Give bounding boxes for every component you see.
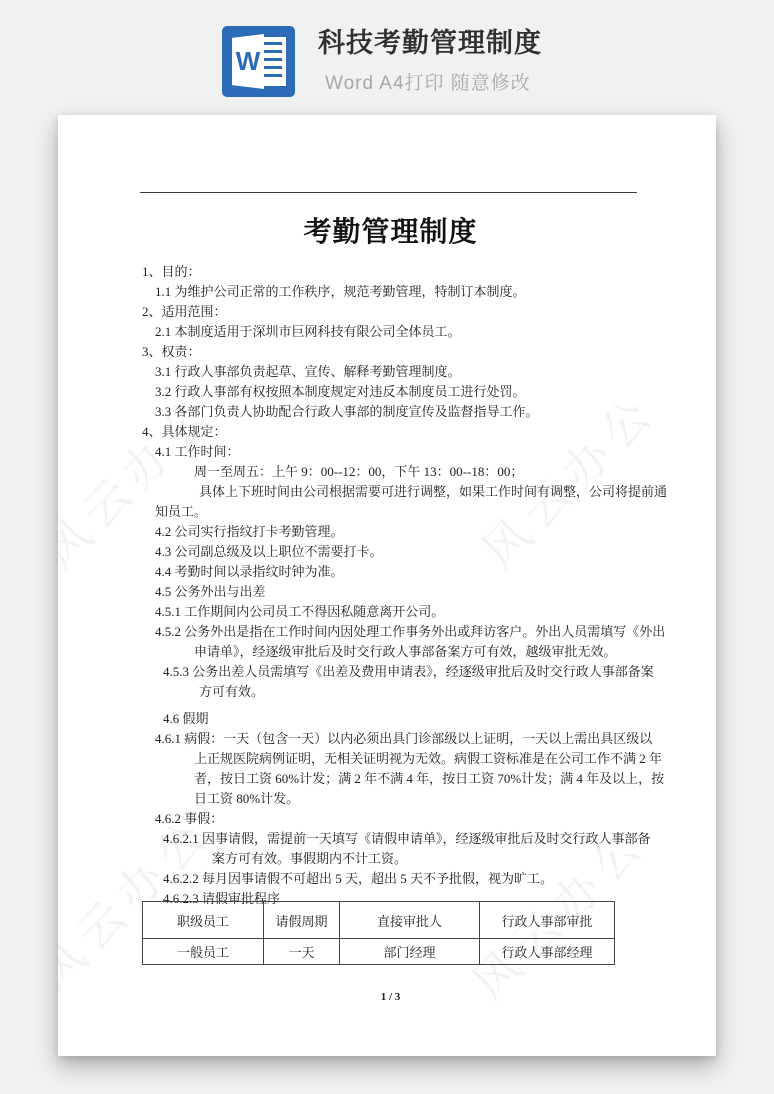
doc-line: 4.6.1 病假：一天（包含一天）以内必须出具门诊部级以上证明，一天以上需出具区… — [142, 729, 639, 749]
document-page: 风云办公 风云办公 风云办公 风云办公 考勤管理制度 1、目的：1.1 为维护公… — [58, 115, 716, 1056]
doc-body: 1、目的：1.1 为维护公司正常的工作秩序，规范考勤管理，特制订本制度。2、适用… — [142, 262, 639, 909]
doc-line: 3.3 各部门负责人协助配合行政人事部的制度宣传及监督指导工作。 — [142, 402, 639, 422]
doc-line: 4.6.2.1 因事请假，需提前一天填写《请假申请单》，经逐级审批后及时交行政人… — [142, 829, 639, 849]
header-subtitle: Word A4打印 随意修改 — [318, 68, 542, 95]
doc-line: 4.1 工作时间： — [142, 442, 639, 462]
table-header-cell: 请假周期 — [264, 902, 340, 939]
table-header-cell: 职级员工 — [143, 902, 264, 939]
table-header-cell: 行政人事部审批 — [480, 902, 615, 939]
doc-line: 者，按日工资 60%计发；满 2 年不满 4 年，按日工资 70%计发；满 4 … — [142, 769, 639, 789]
doc-line: 案方可有效。事假期内不计工资。 — [142, 849, 639, 869]
table-cell: 部门经理 — [340, 939, 480, 965]
approval-table: 职级员工 请假周期 直接审批人 行政人事部审批 一般员工 一天 部门经理 行政人… — [142, 901, 615, 965]
word-icon: W — [222, 26, 295, 97]
table-cell: 一般员工 — [143, 939, 264, 965]
doc-line: 4.3 公司副总级及以上职位不需要打卡。 — [142, 542, 639, 562]
doc-line: 申请单》，经逐级审批后及时交行政人事部备案方可有效，越级审批无效。 — [142, 642, 639, 662]
doc-line: 4、具体规定： — [142, 422, 639, 442]
doc-line: 1、目的： — [142, 262, 639, 282]
doc-line: 4.6.2.2 每月因事请假不可超出 5 天，超出 5 天不予批假，视为旷工。 — [142, 869, 639, 889]
doc-line: 4.5.1 工作期间内公司员工不得因私随意离开公司。 — [142, 602, 639, 622]
header-brand: W 科技考勤管理制度 Word A4打印 随意修改 — [222, 26, 542, 97]
header-title: 科技考勤管理制度 — [318, 28, 542, 58]
page-canvas: W 科技考勤管理制度 Word A4打印 随意修改 风云办公 风云办公 风云办公… — [0, 0, 774, 1094]
doc-title: 考勤管理制度 — [142, 210, 639, 250]
doc-line: 4.5 公务外出与出差 — [142, 582, 639, 602]
doc-line: 3.1 行政人事部负责起草、宣传、解释考勤管理制度。 — [142, 362, 639, 382]
doc-line: 4.5.3 公务出差人员需填写《出差及费用申请表》，经逐级审批后及时交行政人事部… — [142, 662, 639, 682]
site-header: W 科技考勤管理制度 Word A4打印 随意修改 — [0, 0, 774, 115]
doc-line: 日工资 80%计发。 — [142, 789, 639, 809]
table-header-cell: 直接审批人 — [340, 902, 480, 939]
doc-line: 具体上下班时间由公司根据需要可进行调整，如果工作时间有调整，公司将提前通 — [142, 482, 639, 502]
table-cell: 一天 — [264, 939, 340, 965]
doc-line: 4.6 假期 — [142, 709, 639, 729]
doc-line: 上正规医院病例证明，无相关证明视为无效。病假工资标准是在公司工作不满 2 年 — [142, 749, 639, 769]
doc-line: 3、权责： — [142, 342, 639, 362]
word-icon-sheet-lines — [264, 42, 282, 81]
doc-line: 2.1 本制度适用于深圳市巨网科技有限公司全体员工。 — [142, 322, 639, 342]
page-header-rule — [140, 192, 637, 193]
doc-line: 4.2 公司实行指纹打卡考勤管理。 — [142, 522, 639, 542]
doc-line: 4.4 考勤时间以录指纹时钟为准。 — [142, 562, 639, 582]
table-row: 一般员工 一天 部门经理 行政人事部经理 — [143, 939, 615, 965]
doc-line: 2、适用范围： — [142, 302, 639, 322]
page-number: 1 / 3 — [142, 991, 639, 1003]
doc-line: 知员工。 — [142, 502, 639, 522]
table-cell: 行政人事部经理 — [480, 939, 615, 965]
table-header-row: 职级员工 请假周期 直接审批人 行政人事部审批 — [143, 902, 615, 939]
doc-line: 4.6.2 事假： — [142, 809, 639, 829]
doc-line: 周一至周五：上午 9：00--12：00，下午 13：00--18：00； — [142, 462, 639, 482]
header-text: 科技考勤管理制度 Word A4打印 随意修改 — [318, 26, 542, 95]
word-icon-letter: W — [232, 34, 264, 89]
doc-line: 3.2 行政人事部有权按照本制度规定对违反本制度员工进行处罚。 — [142, 382, 639, 402]
doc-line: 4.5.2 公务外出是指在工作时间内因处理工作事务外出或拜访客户。外出人员需填写… — [142, 622, 639, 642]
doc-line: 1.1 为维护公司正常的工作秩序，规范考勤管理，特制订本制度。 — [142, 282, 639, 302]
doc-line: 方可有效。 — [142, 682, 639, 702]
